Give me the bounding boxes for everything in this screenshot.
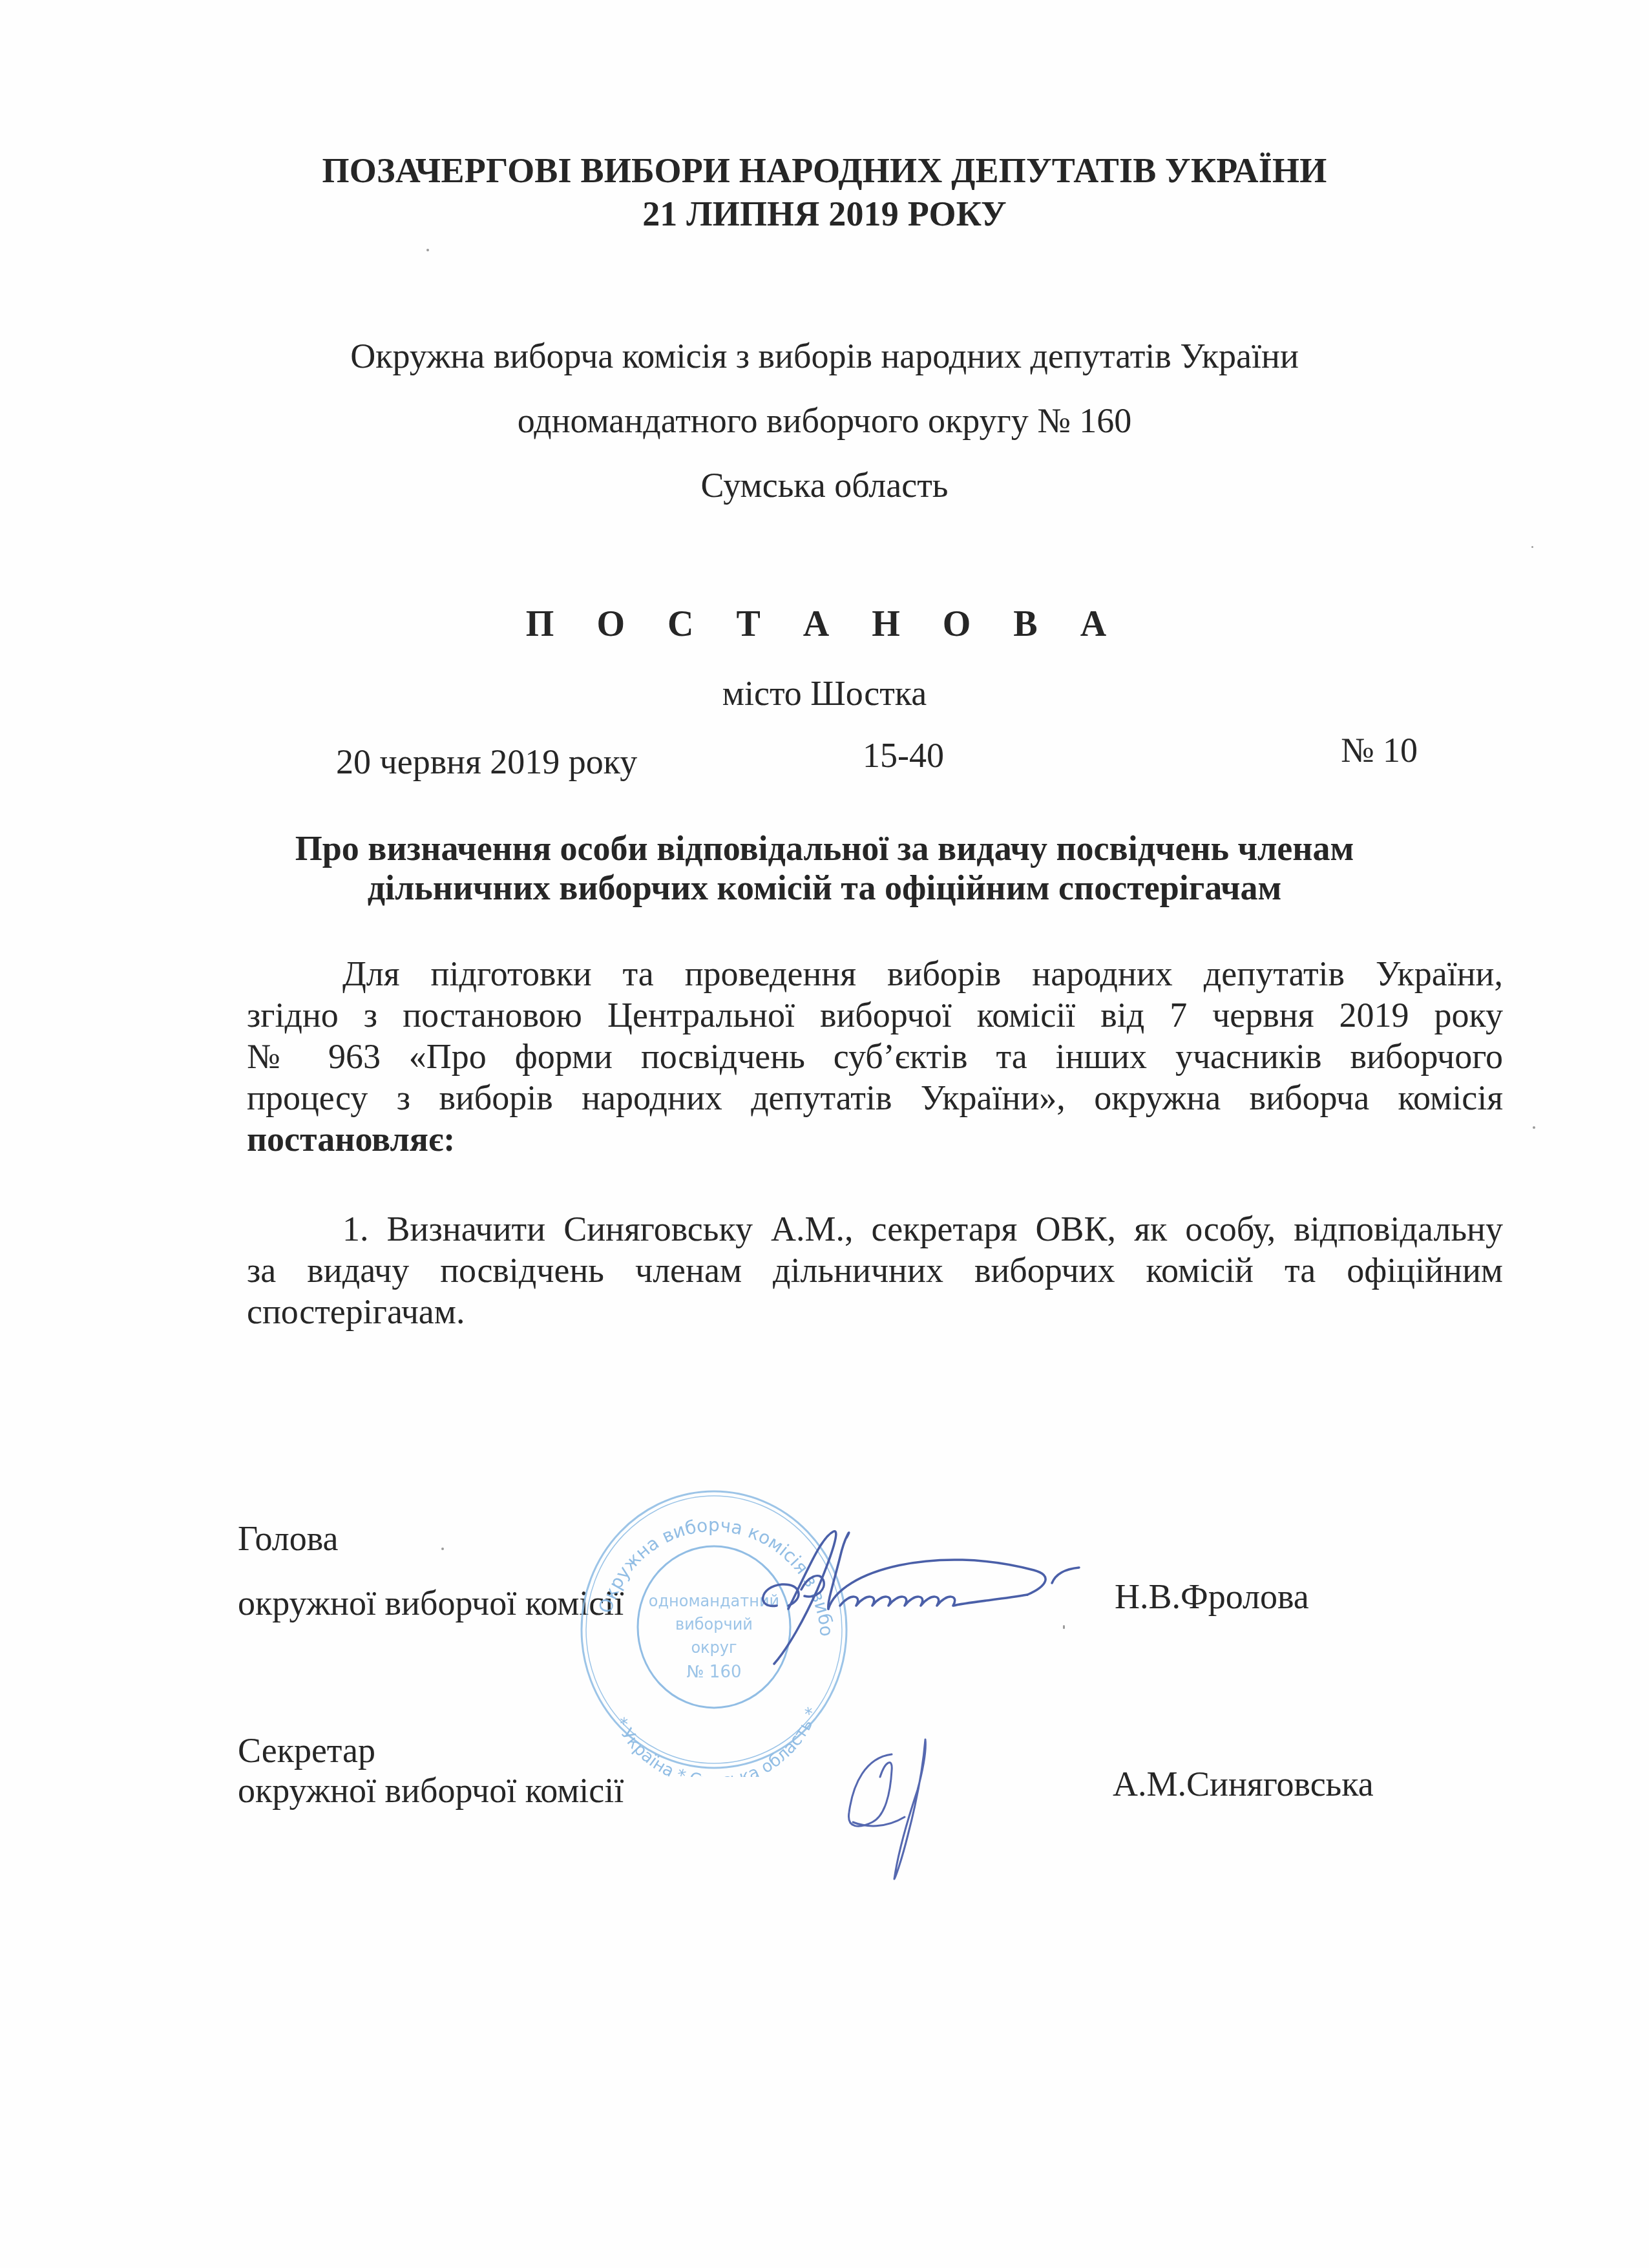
resolution-line: за видачу посвідчень членам дільничних в… (247, 1250, 1503, 1291)
document-type-heading: П О С Т А Н О В А (0, 604, 1649, 644)
scan-speck (441, 1548, 444, 1550)
document-number: № 10 (1341, 730, 1418, 770)
commission-name-line1: Окружна виборча комісія з виборів народн… (0, 336, 1649, 376)
resolution-item-1: 1. Визначити Синяговську А.М., секретаря… (247, 1208, 1503, 1332)
preamble-line: процесу з виборів народних депутатів Укр… (247, 1077, 1503, 1118)
stamp-center-line4: № 160 (687, 1663, 742, 1682)
resolution-line: спостерігачам. (247, 1291, 1503, 1332)
secretary-signature-icon (840, 1732, 995, 1880)
document-date: 20 червня 2019 року (336, 742, 637, 782)
chair-name: Н.В.Фролова (1115, 1577, 1309, 1617)
resolves-keyword: постановляє: (247, 1118, 1503, 1160)
preamble-line: згідно з постановою Центральної виборчої… (247, 994, 1503, 1036)
secretary-name: А.М.Синяговська (1113, 1764, 1374, 1804)
preamble-paragraph: Для підготовки та проведення виборів нар… (247, 953, 1503, 1160)
chair-title-line1: Голова (238, 1518, 338, 1559)
scan-speck (426, 249, 429, 251)
secretary-title-line1: Секретар (238, 1730, 375, 1770)
resolution-line: 1. Визначити Синяговську А.М., секретаря… (247, 1208, 1503, 1250)
election-title-line2: 21 ЛИПНЯ 2019 РОКУ (0, 194, 1649, 234)
subject-line1: Про визначення особи відповідальної за в… (0, 828, 1649, 868)
scan-speck (1531, 546, 1533, 548)
document-time: 15-40 (863, 735, 944, 775)
stamp-bottom-text: * Україна * Сумська область * (610, 1705, 822, 1777)
scan-speck (1533, 1126, 1535, 1129)
chair-signature-icon (743, 1512, 1105, 1667)
preamble-line: № 963 «Про форми посвідчень суб’єктів та… (247, 1036, 1503, 1077)
commission-district-line: одномандатного виборчого округу № 160 (0, 401, 1649, 441)
document-page: ПОЗАЧЕРГОВІ ВИБОРИ НАРОДНИХ ДЕПУТАТІВ УК… (0, 0, 1649, 2268)
document-city: місто Шостка (0, 673, 1649, 713)
stamp-center-line3: округ (691, 1639, 737, 1657)
secretary-title-line2: окружної виборчої комісії (238, 1770, 624, 1811)
scan-speck (1063, 1625, 1065, 1629)
subject-line2: дільничних виборчих комісій та офіційним… (0, 868, 1649, 908)
stamp-center-line2: виборчий (675, 1615, 753, 1633)
commission-region-line: Сумська область (0, 465, 1649, 505)
chair-title-line2: окружної виборчої комісії (238, 1583, 624, 1623)
election-title-line1: ПОЗАЧЕРГОВІ ВИБОРИ НАРОДНИХ ДЕПУТАТІВ УК… (0, 151, 1649, 191)
preamble-line: Для підготовки та проведення виборів нар… (247, 953, 1503, 994)
